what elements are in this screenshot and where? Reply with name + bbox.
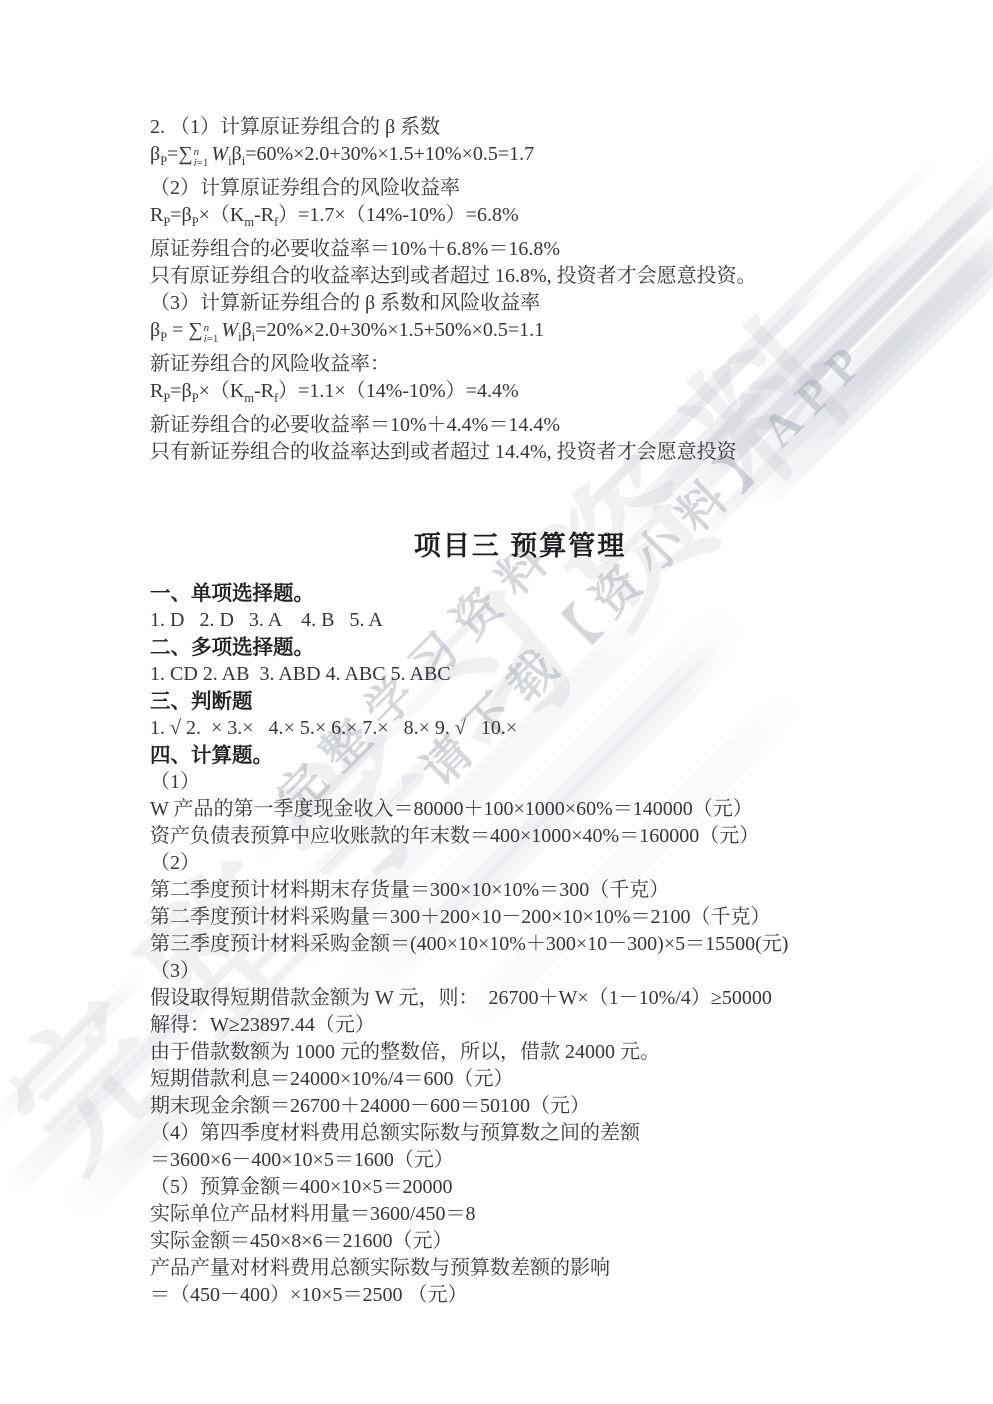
text-line: 实际金额＝450×8×6＝21600（元） [150,1228,890,1255]
section-heading: 三、判断题 [150,688,890,715]
text-line: （2）计算原证券组合的风险收益率 [150,175,890,202]
text-line: 新证券组合的风险收益率： [150,351,890,378]
text-line: 第二季度预计材料期末存货量＝300×10×10%＝300（千克） [150,877,890,904]
section-heading: 四、计算题。 [150,742,890,769]
section-heading: 二、多项选择题。 [150,634,890,661]
watermark-streak [0,966,151,1131]
text-line: RP=βP×（Km-Rf）=1.1×（14%-10%）=4.4% [150,378,890,412]
text-line: （2） [150,850,890,877]
text-line: RP=βP×（Km-Rf）=1.7×（14%-10%）=6.8% [150,202,890,236]
text-line: （4）第四季度材料费用总额实际数与预算数之间的差额 [150,1120,890,1147]
text-line: 假设取得短期借款金额为 W 元，则： 26700＋W×（1－10%/4）≥500… [150,985,890,1012]
text-line: 第三季度预计材料采购金额＝(400×10×10%＋300×10－300)×5＝1… [150,931,890,958]
text-line: ＝3600×6－400×10×5＝1600（元） [150,1147,890,1174]
text-line: 2. （1）计算原证券组合的 β 系数 [150,114,890,141]
text-line: ＝（450－400）×10×5＝2500 （元） [150,1282,890,1309]
text-line: 1. CD 2. AB 3. ABD 4. ABC 5. ABC [150,661,890,688]
text-line: （1） [150,769,890,796]
text-line: 1. D 2. D 3. A 4. B 5. A [150,607,890,634]
text-line: 只有原证券组合的收益率达到或者超过 16.8%, 投资者才会愿意投资。 [150,263,890,290]
text-line: 由于借款数额为 1000 元的整数倍，所以，借款 24000 元。 [150,1039,890,1066]
text-line: 第二季度预计材料采购量＝300＋200×10－200×10×10%＝2100（千… [150,904,890,931]
text-line: （3）计算新证券组合的 β 系数和风险收益率 [150,290,890,317]
text-line: 短期借款利息＝24000×10%/4＝600（元） [150,1066,890,1093]
section-heading: 一、单项选择题。 [150,580,890,607]
text-line: 实际单位产品材料用量＝3600/450＝8 [150,1201,890,1228]
text-line: 原证券组合的必要收益率＝10%＋6.8%＝16.8% [150,236,890,263]
securities-answers: 2. （1）计算原证券组合的 β 系数βP=∑ni=1Wiβi=60%×2.0+… [150,114,890,466]
text-line: 只有新证券组合的收益率达到或者超过 14.4%, 投资者才会愿意投资 [150,439,890,466]
text-line: 资产负债表预算中应收账款的年末数＝400×1000×40%＝160000（元） [150,823,890,850]
text-line: （3） [150,958,890,985]
text-line: 新证券组合的必要收益率＝10%＋4.4%＝14.4% [150,412,890,439]
text-line: βP=∑ni=1Wiβi=60%×2.0+30%×1.5+10%×0.5=1.7 [150,141,890,175]
text-line: （5）预算金额＝400×10×5＝20000 [150,1174,890,1201]
text-line: βP = ∑ni=1Wiβi=20%×2.0+30%×1.5+50%×0.5=1… [150,317,890,351]
text-line: W 产品的第一季度现金收入＝80000＋100×1000×60%＝140000（… [150,796,890,823]
text-line: 期末现金余额＝26700＋24000－600＝50100（元） [150,1093,890,1120]
document-page: 完整学习资料 完整学习资料 请下载【资小料】APP 2. （1）计算原证券组合的… [0,0,993,1404]
chapter-title: 项目三 预算管理 [150,528,890,564]
text-line: 1. √ 2. × 3.× 4.× 5.× 6.× 7.× 8.× 9. √ 1… [150,715,890,742]
text-line: 产品产量对材料费用总额实际数与预算数差额的影响 [150,1255,890,1282]
text-line: 解得：W≥23897.44（元） [150,1012,890,1039]
budget-answers: 一、单项选择题。1. D 2. D 3. A 4. B 5. A二、多项选择题。… [150,580,890,1309]
page-content: 2. （1）计算原证券组合的 β 系数βP=∑ni=1Wiβi=60%×2.0+… [150,114,890,1309]
